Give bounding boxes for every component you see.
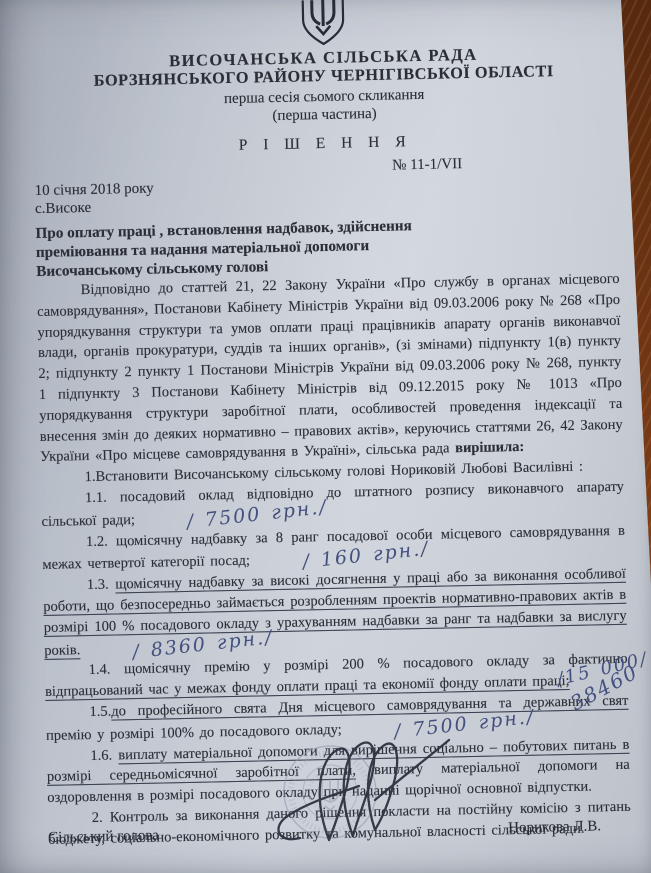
signer-position-label: Сільський голова bbox=[48, 826, 159, 849]
signer-name: Норикова Л.В. bbox=[508, 816, 601, 839]
decision-item-1-3: 1.3. щомісячну надбавку за високі досягн… bbox=[43, 564, 628, 661]
item-1-4-number: 1.4. bbox=[89, 662, 125, 679]
document-content: ВИСОЧАНСЬКА СІЛЬСЬКА РАДА БОРЗНЯНСЬКОГО … bbox=[0, 0, 651, 873]
intro-paragraph: Відповідно до статтей 21, 22 Закону Укра… bbox=[37, 269, 624, 468]
resolved-word: вирішила: bbox=[455, 439, 524, 456]
photo-of-document: ВИСОЧАНСЬКА СІЛЬСЬКА РАДА БОРЗНЯНСЬКОГО … bbox=[0, 0, 651, 873]
document-page: ВИСОЧАНСЬКА СІЛЬСЬКА РАДА БОРЗНЯНСЬКОГО … bbox=[0, 0, 651, 873]
item-1-6-number: 1.6. bbox=[90, 747, 118, 764]
intro-text: Відповідно до статтей 21, 22 Закону Укра… bbox=[37, 271, 623, 466]
item-1-3-number: 1.3. bbox=[87, 577, 116, 594]
decision-item-1-6: 1.6. виплату матеріальної допомоги для в… bbox=[46, 734, 630, 809]
item-1-5-number: 1.5. bbox=[89, 704, 111, 720]
